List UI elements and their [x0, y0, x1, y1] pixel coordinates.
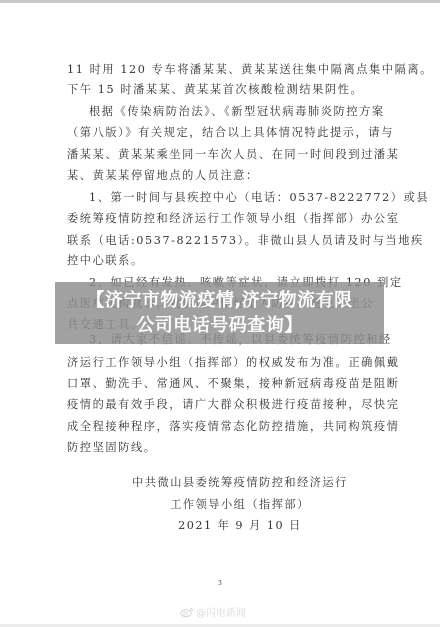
doc-line: 委统筹疫情防控和经济运行工作领导小组（指挥部）办公室 [67, 212, 377, 226]
doc-line: （第八版）》有关规定，结合以上具体情况特此提示，请与 [67, 126, 377, 140]
doc-line: 根据《传染病防治法》、《新型冠状病毒肺炎防控方案 [89, 105, 377, 119]
doc-line: 某、黄某某停留地点的人员注意： [67, 169, 377, 183]
doc-line: 济运行工作领导小组（指挥部）的权威发布为准。正确佩戴 [67, 356, 377, 370]
title-line-1: 【济宁市物流疫情,济宁物流有限 [86, 288, 352, 313]
doc-line: 疫情的最有效手段，请广大群众积极进行疫苗接种，尽快完 [67, 398, 377, 412]
article-title-overlay: 【济宁市物流疫情,济宁物流有限 公司电话号码查询】 [55, 282, 384, 344]
watermark-text: @闪电新闻 [196, 604, 246, 619]
signature-date: 2021 年 9 月 10 日 [40, 517, 440, 533]
signature-org-line1: 中共微山县委统筹疫情防控和经济运行 [40, 474, 440, 490]
doc-line: 防控坚固防线。 [67, 441, 377, 455]
signature-org-line2: 工作领导小组（指挥部） [40, 496, 440, 512]
doc-line: 控中心联系。 [67, 254, 377, 268]
doc-line: 11 时用 120 专车将潘某某、黄某某送往集中隔离点集中隔离。 [67, 63, 377, 77]
title-line-2: 公司电话号码查询】 [136, 313, 303, 338]
doc-line: 成全程接种程序，落实疫情常态化防控措施，共同构筑疫情 [67, 420, 377, 434]
doc-line: 1、第一时间与县疾控中心（电话：0537-8222772）或县 [89, 191, 377, 205]
watermark: @闪电新闻 [180, 604, 246, 619]
doc-line: 潘某某、黄某某乘坐同一车次人员、在同一时间段到过潘某 [67, 148, 377, 162]
page-number: 3 [218, 580, 222, 587]
doc-line: 口罩、勤洗手、常通风、不聚集，接种新冠病毒疫苗是阻断 [67, 377, 377, 391]
doc-line: 联系（电话:0537-8221573）。非微山县人员请及时与当地疾 [67, 234, 377, 248]
weibo-icon [180, 607, 194, 617]
doc-line: 下午 15 时潘某某、黄某某首次核酸检测结果阴性。 [67, 83, 377, 97]
